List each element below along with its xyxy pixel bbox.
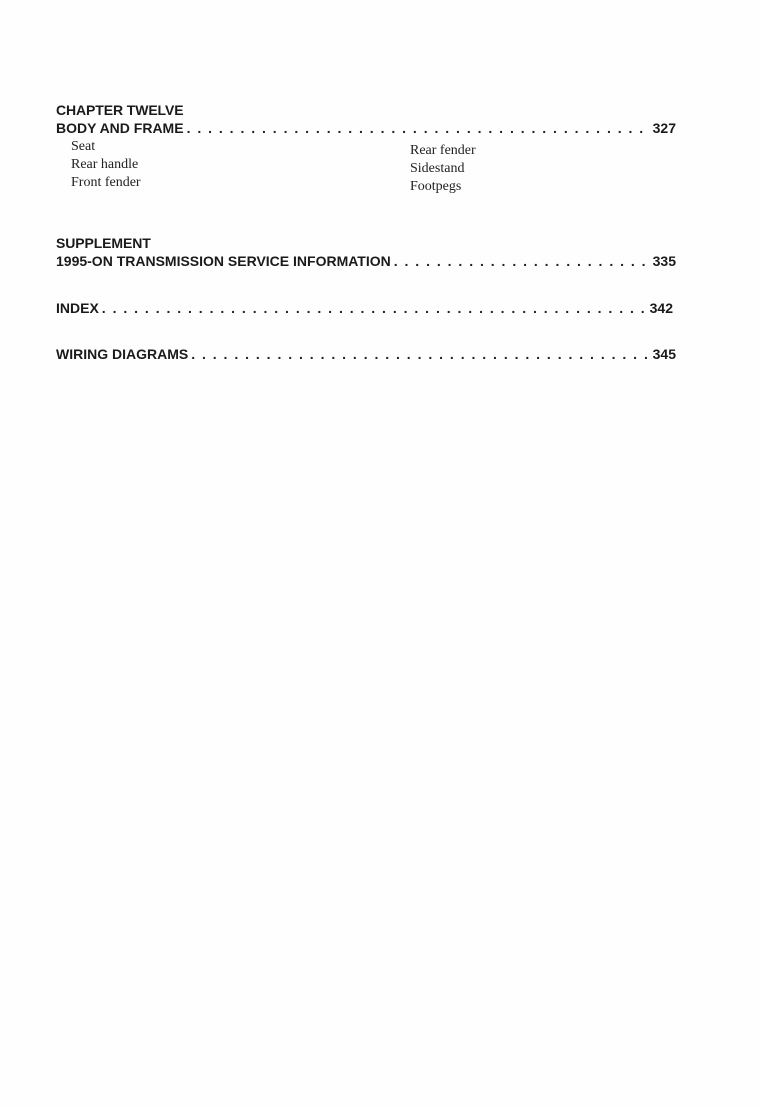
subtopic-sidestand: Sidestand: [410, 160, 676, 178]
toc-supplement: SUPPLEMENT 1995-ON TRANSMISSION SERVICE …: [56, 234, 676, 270]
subtopic-seat: Seat: [71, 138, 410, 156]
toc-entry-wiring-diagrams[interactable]: WIRING DIAGRAMS 345: [56, 345, 676, 363]
toc-index: INDEX 342: [56, 299, 676, 317]
toc-wiring-diagrams: WIRING DIAGRAMS 345: [56, 345, 676, 363]
entry-title: INDEX: [56, 299, 99, 317]
subtopic-footpegs: Footpegs: [410, 178, 676, 196]
subtopics: Seat Rear handle Front fender Rear fende…: [71, 138, 676, 196]
dot-leader: [394, 252, 649, 270]
entry-title: BODY AND FRAME: [56, 119, 184, 137]
document-page: CHAPTER TWELVE BODY AND FRAME 327 Seat R…: [0, 0, 759, 1108]
subtopics-left: Seat Rear handle Front fender: [71, 138, 410, 196]
subtopic-rear-fender: Rear fender: [410, 142, 676, 160]
subtopic-front-fender: Front fender: [71, 174, 410, 192]
subtopics-right: Rear fender Sidestand Footpegs: [410, 138, 676, 196]
supplement-heading: SUPPLEMENT: [56, 234, 676, 252]
subtopic-rear-handle: Rear handle: [71, 156, 410, 174]
entry-page-number: 345: [653, 345, 676, 363]
toc-entry-index[interactable]: INDEX 342: [56, 299, 676, 317]
dot-leader: [187, 119, 649, 137]
entry-page-number: 327: [653, 119, 676, 137]
entry-page-number: 342: [650, 299, 673, 317]
toc-chapter-twelve: CHAPTER TWELVE BODY AND FRAME 327 Seat R…: [56, 101, 676, 196]
entry-page-number: 335: [653, 252, 676, 270]
entry-title: WIRING DIAGRAMS: [56, 345, 188, 363]
dot-leader: [102, 299, 646, 317]
toc-entry-body-and-frame[interactable]: BODY AND FRAME 327: [56, 119, 676, 137]
toc-entry-transmission-service[interactable]: 1995-ON TRANSMISSION SERVICE INFORMATION…: [56, 252, 676, 270]
entry-title: 1995-ON TRANSMISSION SERVICE INFORMATION: [56, 252, 391, 270]
chapter-heading: CHAPTER TWELVE: [56, 101, 676, 119]
dot-leader: [191, 345, 648, 363]
